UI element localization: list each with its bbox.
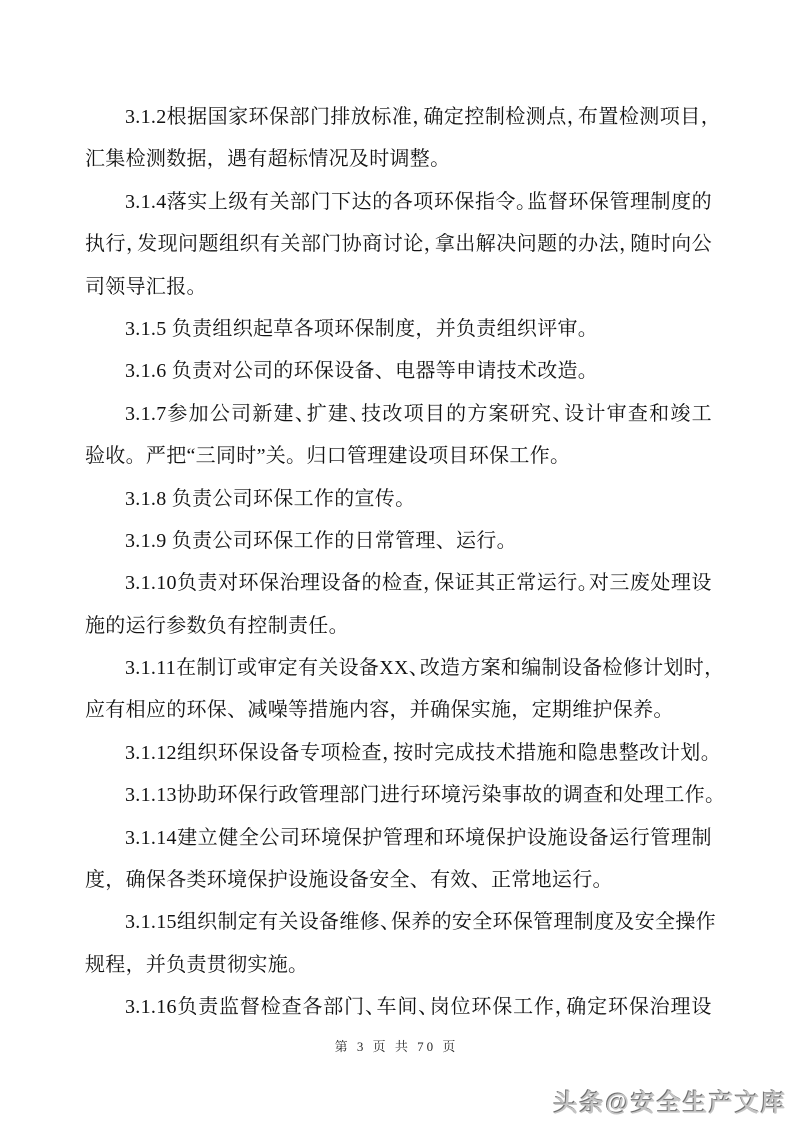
text-line: 汇集检测数据，遇有超标情况及时调整。 (85, 138, 712, 180)
text-line: 度，确保各类环境保护设施设备安全、有效、正常地运行。 (85, 859, 712, 901)
text-line: 施的运行参数负有控制责任。 (85, 605, 712, 647)
text-line: 规程，并负责贯彻实施。 (85, 944, 712, 986)
document-body: 3.1.2根据国家环保部门排放标准，确定控制检测点，布置检测项目，汇集检测数据，… (85, 96, 712, 1029)
text-line: 3.1.10负责对环保治理设备的检查，保证其正常运行。对三废处理设 (85, 562, 712, 604)
text-line: 3.1.14建立健全公司环境保护管理和环境保护设施设备运行管理制 (85, 817, 712, 859)
text-line: 3.1.4落实上级有关部门下达的各项环保指令。监督环保管理制度的 (85, 181, 712, 223)
text-line: 司领导汇报。 (85, 266, 712, 308)
text-line: 3.1.16负责监督检查各部门、车间、岗位环保工作，确定环保治理设 (85, 986, 712, 1028)
text-line: 3.1.11在制订或审定有关设备XX、改造方案和编制设备检修计划时， (85, 647, 712, 689)
page-number: 第 3 页 共 70 页 (0, 1036, 793, 1055)
text-line: 执行，发现问题组织有关部门协商讨论，拿出解决问题的办法，随时向公 (85, 223, 712, 265)
text-line: 3.1.8 负责公司环保工作的宣传。 (85, 478, 712, 520)
text-line: 3.1.6 负责对公司的环保设备、电器等申请技术改造。 (85, 350, 712, 392)
text-line: 验收。严把“三同时”关。归口管理建设项目环保工作。 (85, 435, 712, 477)
text-line: 3.1.15组织制定有关设备维修、保养的安全环保管理制度及安全操作 (85, 901, 712, 943)
text-line: 3.1.7参加公司新建、扩建、技改项目的方案研究、设计审查和竣工 (85, 393, 712, 435)
text-line: 3.1.13协助环保行政管理部门进行环境污染事故的调查和处理工作。 (85, 774, 712, 816)
document-page: 3.1.2根据国家环保部门排放标准，确定控制检测点，布置检测项目，汇集检测数据，… (0, 0, 793, 1122)
text-line: 3.1.9 负责公司环保工作的日常管理、运行。 (85, 520, 712, 562)
text-line: 3.1.2根据国家环保部门排放标准，确定控制检测点，布置检测项目， (85, 96, 712, 138)
text-line: 3.1.5 负责组织起草各项环保制度，并负责组织评审。 (85, 308, 712, 350)
text-line: 3.1.12组织环保设备专项检查，按时完成技术措施和隐患整改计划。 (85, 732, 712, 774)
watermark: 头条@安全生产文库 (554, 1083, 787, 1118)
text-line: 应有相应的环保、减噪等措施内容，并确保实施，定期维护保养。 (85, 689, 712, 731)
